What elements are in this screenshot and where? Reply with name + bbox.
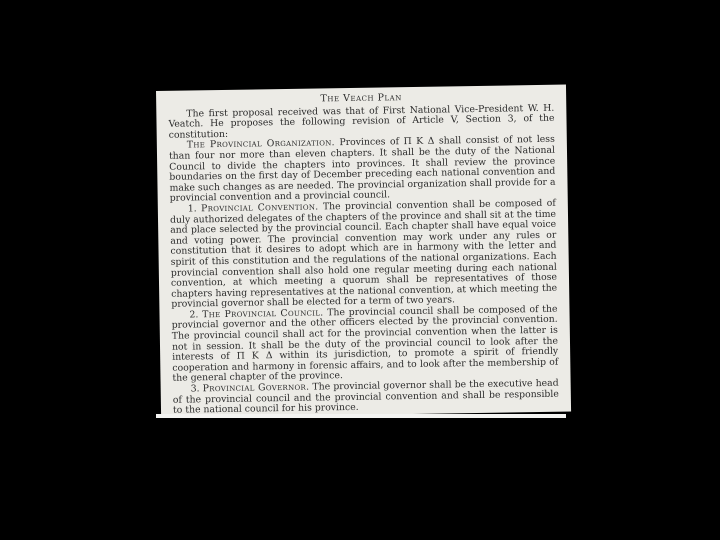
provincial-convention-paragraph: 1. Provincial Convention. The provincial… — [170, 199, 558, 311]
provincial-council-paragraph: 2. The Provincial Council. The provincia… — [171, 305, 558, 385]
provincial-governor-paragraph: 3. Provincial Governor. The provincial g… — [173, 379, 559, 417]
section-number: 3. — [191, 383, 200, 394]
section-number: 2. — [189, 309, 198, 320]
section-number: 1. — [188, 203, 197, 214]
document-page: The Veach Plan The first proposal receiv… — [156, 85, 571, 418]
provincial-organization-paragraph: The Provincial Organization. Provinces o… — [169, 135, 556, 205]
page-edge — [156, 414, 566, 418]
paragraph-text: The provincial convention shall be compo… — [170, 198, 557, 310]
